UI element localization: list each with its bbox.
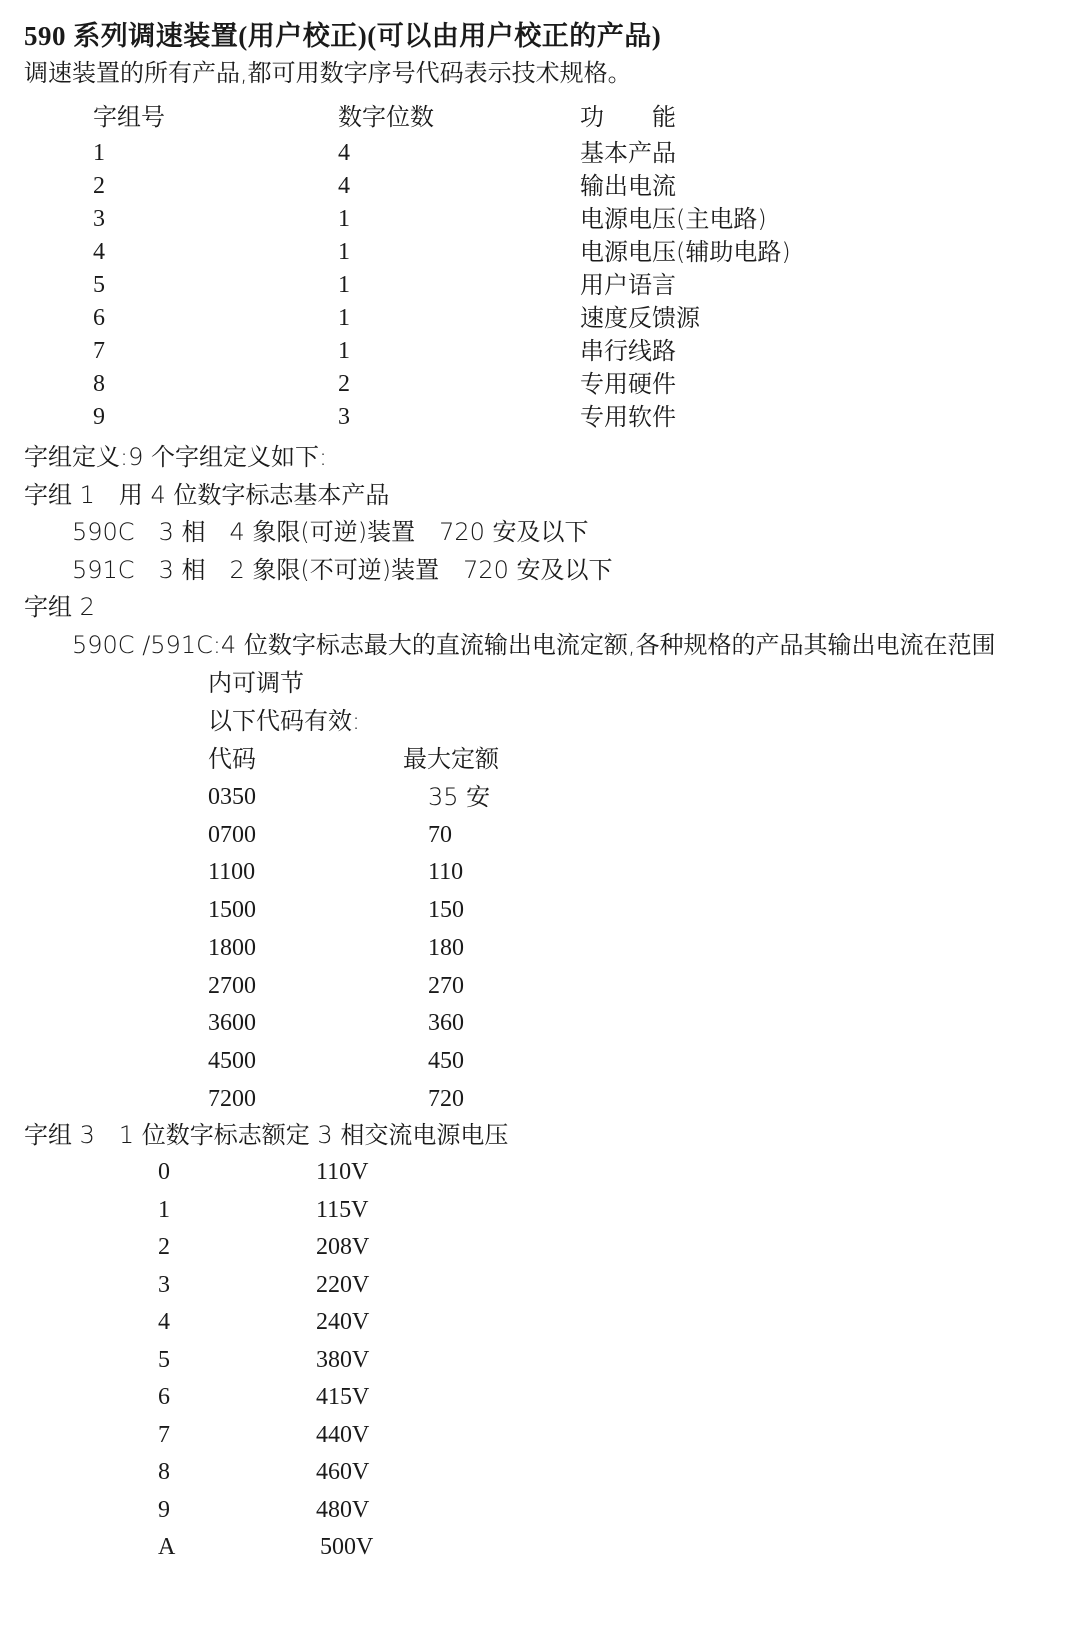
group-number-cell: 7: [93, 336, 105, 366]
group-number-cell: 4: [93, 237, 105, 267]
group-number-cell: 3: [93, 204, 105, 234]
group2-header-rating: 最大定额: [403, 744, 499, 774]
voltage-code-cell: 4: [158, 1307, 170, 1337]
current-code-cell: 0700: [208, 820, 256, 850]
group2-valid-codes: 以下代码有效:: [208, 706, 360, 736]
voltage-code-cell: 7: [158, 1420, 170, 1450]
function-cell: 基本产品: [580, 138, 676, 168]
voltage-code-cell: 9: [158, 1495, 170, 1525]
definitions-heading: 字组定义:9 个字组定义如下:: [24, 442, 327, 472]
digit-count-cell: 4: [338, 138, 350, 168]
digit-count-cell: 4: [338, 171, 350, 201]
group1-item: 591C 3 相 2 象限(不可逆)装置 720 安及以下: [72, 555, 613, 585]
max-rating-cell: 35 安: [428, 782, 490, 812]
digit-count-cell: 1: [338, 237, 350, 267]
digit-count-cell: 1: [338, 336, 350, 366]
function-cell: 专用硬件: [580, 369, 676, 399]
digit-count-cell: 2: [338, 369, 350, 399]
current-code-cell: 0350: [208, 782, 256, 812]
group3-heading: 字组 3 1 位数字标志额定 3 相交流电源电压: [24, 1120, 508, 1150]
page-title: 590 系列调速装置(用户校正)(可以由用户校正的产品): [24, 14, 661, 53]
voltage-code-cell: 8: [158, 1457, 170, 1487]
current-code-cell: 1100: [208, 857, 255, 887]
group-number-cell: 8: [93, 369, 105, 399]
voltage-code-cell: 1: [158, 1195, 170, 1225]
current-code-cell: 3600: [208, 1008, 256, 1038]
voltage-value-cell: 380V: [316, 1345, 369, 1375]
voltage-code-cell: A: [158, 1532, 175, 1562]
max-rating-cell: 150: [428, 895, 464, 925]
group-number-cell: 6: [93, 303, 105, 333]
digit-count-cell: 3: [338, 402, 350, 432]
group2-description-cont: 内可调节: [208, 668, 304, 698]
group-number-cell: 5: [93, 270, 105, 300]
group-number-cell: 2: [93, 171, 105, 201]
current-code-cell: 7200: [208, 1084, 256, 1114]
current-code-cell: 1500: [208, 895, 256, 925]
voltage-value-cell: 500V: [320, 1532, 373, 1562]
voltage-code-cell: 0: [158, 1157, 170, 1187]
voltage-value-cell: 460V: [316, 1457, 369, 1487]
function-cell: 速度反馈源: [580, 303, 700, 333]
group2-heading: 字组 2: [24, 592, 95, 622]
voltage-value-cell: 480V: [316, 1495, 369, 1525]
voltage-code-cell: 2: [158, 1232, 170, 1262]
group1-item: 590C 3 相 4 象限(可逆)装置 720 安及以下: [72, 517, 589, 547]
group2-header-code: 代码: [208, 744, 256, 774]
group2-description: 590C /591C:4 位数字标志最大的直流输出电流定额,各种规格的产品其输出…: [72, 630, 995, 660]
max-rating-cell: 270: [428, 971, 464, 1001]
group1-heading: 字组 1 用 4 位数字标志基本产品: [24, 480, 389, 510]
current-code-cell: 4500: [208, 1046, 256, 1076]
current-code-cell: 2700: [208, 971, 256, 1001]
voltage-value-cell: 440V: [316, 1420, 369, 1450]
digit-count-cell: 1: [338, 204, 350, 234]
voltage-value-cell: 110V: [316, 1157, 368, 1187]
function-cell: 输出电流: [580, 171, 676, 201]
voltage-value-cell: 415V: [316, 1382, 369, 1412]
max-rating-cell: 450: [428, 1046, 464, 1076]
voltage-value-cell: 208V: [316, 1232, 369, 1262]
max-rating-cell: 360: [428, 1008, 464, 1038]
group-table-header-group: 字组号: [93, 102, 165, 132]
current-code-cell: 1800: [208, 933, 256, 963]
function-cell: 串行线路: [580, 336, 676, 366]
max-rating-cell: 70: [428, 820, 452, 850]
function-cell: 专用软件: [580, 402, 676, 432]
group-number-cell: 1: [93, 138, 105, 168]
group-table-header-function: 功 能: [580, 102, 676, 132]
voltage-code-cell: 5: [158, 1345, 170, 1375]
digit-count-cell: 1: [338, 303, 350, 333]
function-cell: 用户语言: [580, 270, 676, 300]
function-cell: 电源电压(辅助电路): [580, 237, 791, 267]
max-rating-cell: 180: [428, 933, 464, 963]
voltage-value-cell: 220V: [316, 1270, 369, 1300]
function-cell: 电源电压(主电路): [580, 204, 767, 234]
voltage-value-cell: 115V: [316, 1195, 368, 1225]
max-rating-cell: 720: [428, 1084, 464, 1114]
max-rating-cell: 110: [428, 857, 463, 887]
intro-text: 调速装置的所有产品,都可用数字序号代码表示技术规格。: [24, 58, 632, 88]
voltage-code-cell: 3: [158, 1270, 170, 1300]
digit-count-cell: 1: [338, 270, 350, 300]
voltage-value-cell: 240V: [316, 1307, 369, 1337]
voltage-code-cell: 6: [158, 1382, 170, 1412]
group-number-cell: 9: [93, 402, 105, 432]
group-table-header-digits: 数字位数: [338, 102, 434, 132]
